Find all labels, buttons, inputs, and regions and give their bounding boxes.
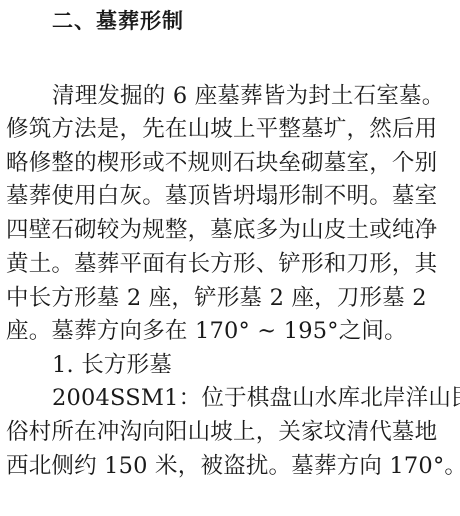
paragraph-line: 座。墓葬方向多在 170° ~ 195°之间。 <box>6 316 456 346</box>
paragraph-line: 2004SSM1：位于棋盘山水库北岸洋山民 <box>52 383 460 413</box>
section-heading: 二、墓葬形制 <box>52 5 184 35</box>
paragraph-line: 中长方形墓 2 座，铲形墓 2 座，刀形墓 2 <box>6 283 456 313</box>
paragraph-line: 修筑方法是，先在山坡上平整墓圹，然后用 <box>6 114 456 144</box>
paragraph-line: 清理发掘的 6 座墓葬皆为封土石室墓。 <box>52 81 460 111</box>
paragraph-line: 略修整的楔形或不规则石块垒砌墓室，个别 <box>6 148 456 178</box>
paragraph-line: 西北侧约 150 米，被盗扰。墓葬方向 170°。 <box>6 451 456 481</box>
paragraph-line: 四壁石砌较为规整，墓底多为山皮土或纯净 <box>6 215 456 245</box>
paragraph-line: 俗村所在冲沟向阳山坡上，关家坟清代墓地 <box>6 417 456 447</box>
subsection-heading: 1. 长方形墓 <box>52 350 460 380</box>
paragraph-line: 墓葬使用白灰。墓顶皆坍塌形制不明。墓室 <box>6 181 456 211</box>
paragraph-line: 黄土。墓葬平面有长方形、铲形和刀形，其 <box>6 249 456 279</box>
